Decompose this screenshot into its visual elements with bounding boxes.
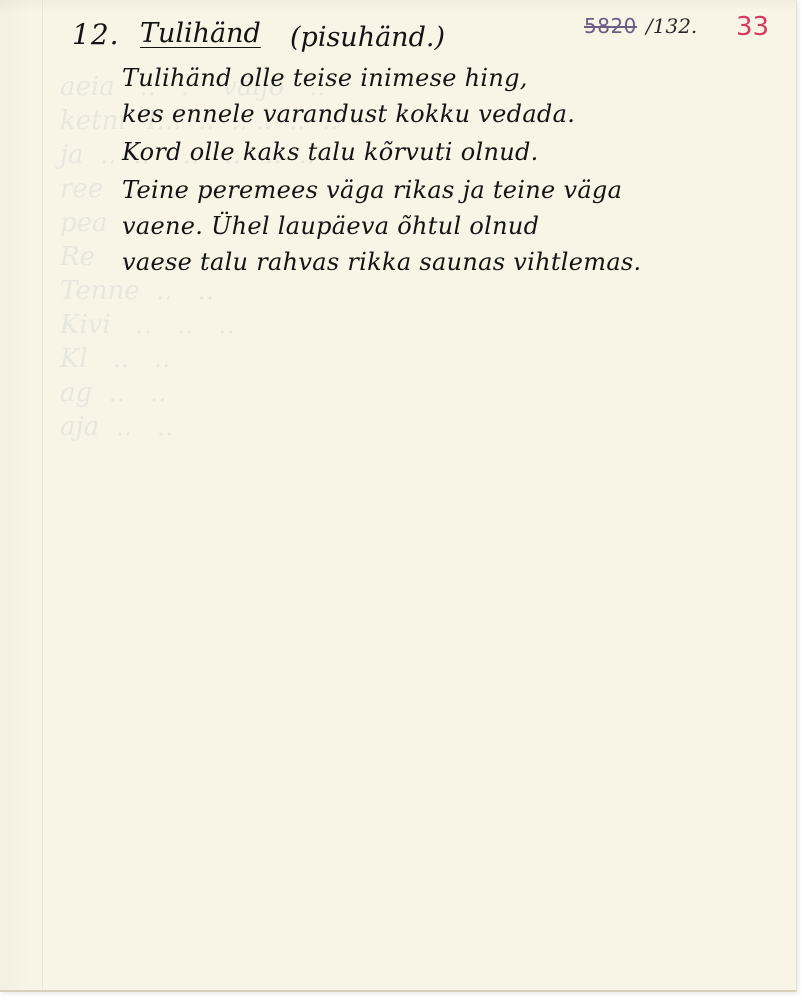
archive-number-struck: 5820 [584,14,637,38]
manuscript-page: aeia .. . väljo .. ketni T... .. .. .. .… [0,0,797,992]
archive-number-suffix: /132. [646,14,697,38]
text-line: Kord olle kaks talu kõrvuti olnud. [122,138,539,166]
text-line: Teine peremees väga rikas ja teine väga [122,176,622,204]
paper-fold-line [42,0,43,990]
story-title: Tulihänd [140,18,261,49]
text-line: Tulihänd olle teise inimese hing, [122,64,528,92]
story-title-note: (pisuhänd.) [290,22,445,53]
text-line: kes ennele varandust kokku vedada. [122,100,575,128]
text-line: vaese talu rahvas rikka saunas vihtlemas… [122,248,641,276]
story-number: 12. [72,18,120,51]
page-number: 33 [736,12,769,42]
text-line: vaene. Ühel laupäeva õhtul olnud [122,212,539,240]
